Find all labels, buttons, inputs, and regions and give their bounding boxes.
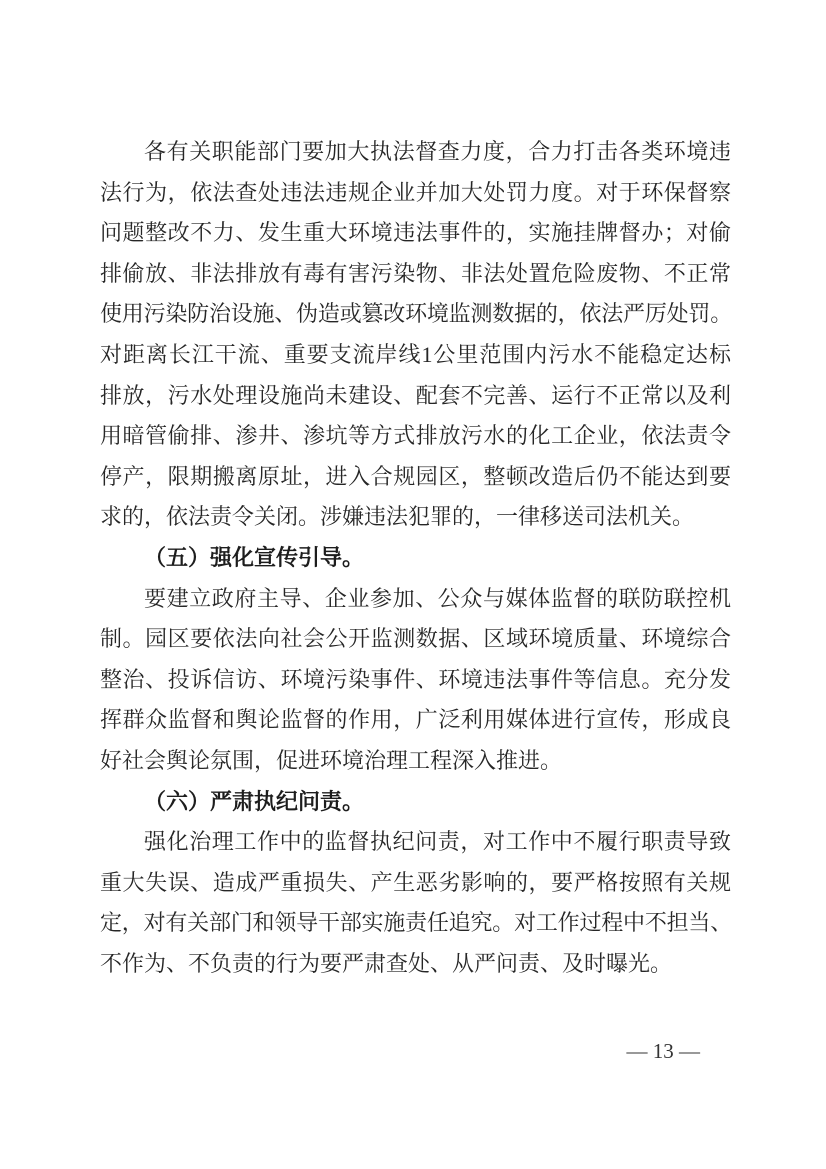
text-line: 使用污染防治设施、伪造或篡改环境监测数据的，依法严厉处罚。: [100, 294, 731, 335]
text-line: 对距离长江干流、重要支流岸线1公里范围内污水不能稳定达标: [100, 335, 731, 376]
text-line: 整治、投诉信访、环境污染事件、环境违法事件等信息。充分发: [100, 660, 731, 701]
text-line: 停产，限期搬离原址，进入合规园区，整顿改造后仍不能达到要: [100, 457, 731, 498]
text-line: 好社会舆论氛围，促进环境治理工程深入推进。: [100, 741, 731, 782]
document-page: 各有关职能部门要加大执法督查力度，合力打击各类环境违法行为，依法查处违法违规企业…: [0, 0, 826, 1169]
text-line: 要建立政府主导、企业参加、公众与媒体监督的联防联控机: [100, 579, 731, 620]
document-body: 各有关职能部门要加大执法督查力度，合力打击各类环境违法行为，依法查处违法违规企业…: [100, 132, 731, 984]
text-line: 求的，依法责令关闭。涉嫌违法犯罪的，一律移送司法机关。: [100, 497, 731, 538]
text-line: 不作为、不负责的行为要严肃查处、从严问责、及时曝光。: [100, 944, 731, 985]
page-number: — 13 —: [627, 1039, 701, 1063]
page-footer: — 13 —: [0, 1036, 700, 1066]
text-line: 问题整改不力、发生重大环境违法事件的，实施挂牌督办；对偷: [100, 213, 731, 254]
text-line: 定，对有关部门和领导干部实施责任追究。对工作过程中不担当、: [100, 903, 731, 944]
section-heading: （五）强化宣传引导。: [100, 538, 731, 579]
text-line: 排放，污水处理设施尚未建设、配套不完善、运行不正常以及利: [100, 376, 731, 417]
text-line: 挥群众监督和舆论监督的作用，广泛利用媒体进行宣传，形成良: [100, 700, 731, 741]
text-line: 用暗管偷排、渗井、渗坑等方式排放污水的化工企业，依法责令: [100, 416, 731, 457]
text-line: 法行为，依法查处违法违规企业并加大处罚力度。对于环保督察: [100, 173, 731, 214]
text-line: 制。园区要依法向社会公开监测数据、区域环境质量、环境综合: [100, 619, 731, 660]
section-heading: （六）严肃执纪问责。: [100, 782, 731, 823]
text-line: 强化治理工作中的监督执纪问责，对工作中不履行职责导致: [100, 822, 731, 863]
text-line: 排偷放、非法排放有毒有害污染物、非法处置危险废物、不正常: [100, 254, 731, 295]
text-line: 重大失误、造成严重损失、产生恶劣影响的，要严格按照有关规: [100, 863, 731, 904]
text-line: 各有关职能部门要加大执法督查力度，合力打击各类环境违: [100, 132, 731, 173]
